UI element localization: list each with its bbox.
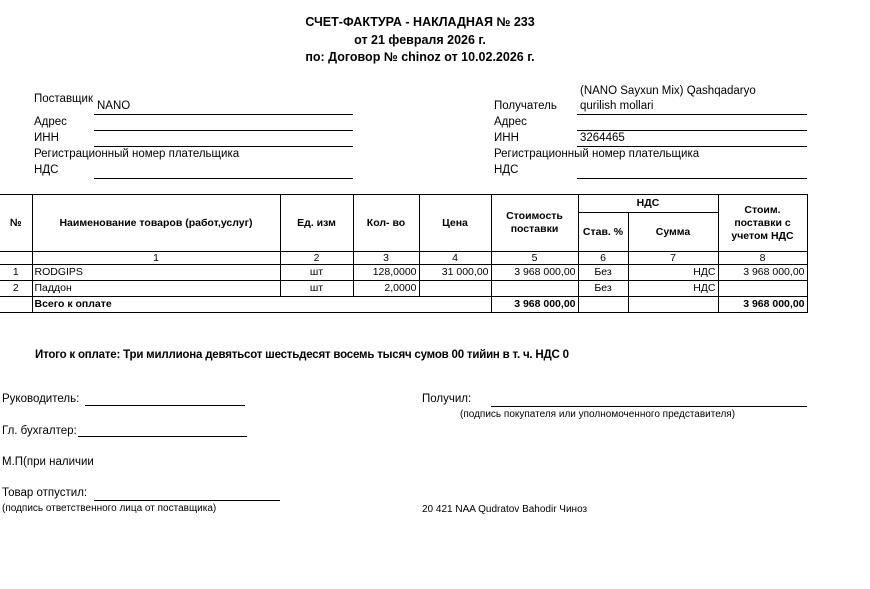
- column-number: 1: [32, 252, 280, 265]
- row-price: 31 000,00: [419, 265, 491, 281]
- row-vat-rate: Без: [578, 265, 628, 281]
- header-cost: Стоимость поставки: [491, 195, 578, 252]
- invoice-date: от 21 февраля 2026 г.: [0, 32, 840, 50]
- column-numbers-row: 1 2 3 4 5 6 7 8: [0, 252, 807, 265]
- stamp-label: М.П(при наличии: [2, 456, 95, 468]
- header-qty: Кол- во: [353, 195, 419, 252]
- released-note: (подпись ответственного лица от поставщи…: [2, 503, 216, 514]
- recipient-name-line2: qurilish mollari: [580, 100, 654, 112]
- total-row-blank: [0, 297, 32, 313]
- accountant-label: Гл. бухгалтер:: [2, 425, 77, 437]
- column-number: 8: [718, 252, 807, 265]
- recipient-inn-label: ИНН: [494, 132, 519, 144]
- recipient-name-line1: (NANO Sayxun Mix) Qashqadaryo: [580, 85, 756, 97]
- row-num: 1: [0, 265, 32, 281]
- row-price: [419, 281, 491, 297]
- header-price: Цена: [419, 195, 491, 252]
- supplier-nds-label: НДС: [34, 164, 58, 176]
- row-qty: 128,0000: [353, 265, 419, 281]
- row-unit: шт: [280, 265, 353, 281]
- supplier-name: NANO: [97, 100, 130, 112]
- total-row-vat-sum: [628, 297, 718, 313]
- column-number-blank: [0, 252, 32, 265]
- row-total: [718, 281, 807, 297]
- row-unit: шт: [280, 281, 353, 297]
- column-number: 3: [353, 252, 419, 265]
- total-row-total: 3 968 000,00: [718, 297, 807, 313]
- recipient-address-label: Адрес: [494, 116, 527, 128]
- row-total: 3 968 000,00: [718, 265, 807, 281]
- recipient-reg-label: Регистрационный номер плательщика: [494, 148, 699, 160]
- header-name: Наименование товаров (работ,услуг): [32, 195, 280, 252]
- header-vat-rate: Став. %: [578, 213, 628, 252]
- supplier-inn-label: ИНН: [34, 132, 59, 144]
- supplier-address-line: [94, 130, 353, 131]
- header-vat-group: НДС: [578, 195, 718, 213]
- header-vat-sum: Сумма: [628, 213, 718, 252]
- row-cost: [491, 281, 578, 297]
- items-table: № Наименование товаров (работ,услуг) Ед.…: [0, 194, 808, 313]
- total-row-cost: 3 968 000,00: [491, 297, 578, 313]
- director-signature-line: [85, 405, 245, 406]
- invoice-title: СЧЕТ-ФАКТУРА - НАКЛАДНАЯ № 233: [0, 14, 840, 32]
- recipient-name-line: [577, 114, 807, 115]
- table-row: 1 RODGIPS шт 128,0000 31 000,00 3 968 00…: [0, 265, 807, 281]
- row-cost: 3 968 000,00: [491, 265, 578, 281]
- accountant-signature-line: [78, 436, 247, 437]
- supplier-nds-line: [94, 178, 353, 179]
- column-number: 6: [578, 252, 628, 265]
- column-number: 2: [280, 252, 353, 265]
- total-row-vat-rate: [578, 297, 628, 313]
- recipient-nds-line: [577, 178, 807, 179]
- header-num: №: [0, 195, 32, 252]
- received-signature-line: [491, 406, 807, 407]
- row-vat-sum: НДС: [628, 265, 718, 281]
- supplier-inn-line: [94, 146, 353, 147]
- supplier-address-label: Адрес: [34, 116, 67, 128]
- row-name: RODGIPS: [32, 265, 280, 281]
- column-number: 4: [419, 252, 491, 265]
- director-label: Руководитель:: [2, 393, 79, 405]
- recipient-label: Получатель: [494, 100, 557, 112]
- row-num: 2: [0, 281, 32, 297]
- received-label: Получил:: [422, 393, 471, 405]
- column-number: 5: [491, 252, 578, 265]
- total-row: Всего к оплате 3 968 000,00 3 968 000,00: [0, 297, 807, 313]
- total-in-words: Итого к оплате: Три миллиона девятьсот ш…: [35, 349, 569, 361]
- total-row-label: Всего к оплате: [32, 297, 491, 313]
- header-unit: Ед. изм: [280, 195, 353, 252]
- recipient-nds-label: НДС: [494, 164, 518, 176]
- row-vat-rate: Без: [578, 281, 628, 297]
- released-signature-line: [94, 500, 280, 501]
- invoice-header: СЧЕТ-ФАКТУРА - НАКЛАДНАЯ № 233 от 21 фев…: [0, 14, 840, 67]
- recipient-inn: 3264465: [580, 132, 625, 144]
- row-qty: 2,0000: [353, 281, 419, 297]
- recipient-inn-line: [577, 146, 807, 147]
- received-note: (подпись покупателя или уполномоченного …: [460, 409, 735, 420]
- supplier-label: Поставщик: [34, 93, 93, 105]
- recipient-address-line: [577, 130, 807, 131]
- supplier-reg-label: Регистрационный номер плательщика: [34, 148, 239, 160]
- table-row: 2 Паддон шт 2,0000 Без НДС: [0, 281, 807, 297]
- column-number: 7: [628, 252, 718, 265]
- row-name: Паддон: [32, 281, 280, 297]
- row-vat-sum: НДС: [628, 281, 718, 297]
- invoice-contract: по: Договор № chinoz от 10.02.2026 г.: [0, 49, 840, 67]
- supplier-name-line: [94, 114, 353, 115]
- issuer-line: 20 421 NAA Qudratov Bahodir Чиноз: [422, 504, 587, 515]
- header-total-with-vat: Стоим. поставки с учетом НДС: [718, 195, 807, 252]
- released-label: Товар отпустил:: [2, 487, 87, 499]
